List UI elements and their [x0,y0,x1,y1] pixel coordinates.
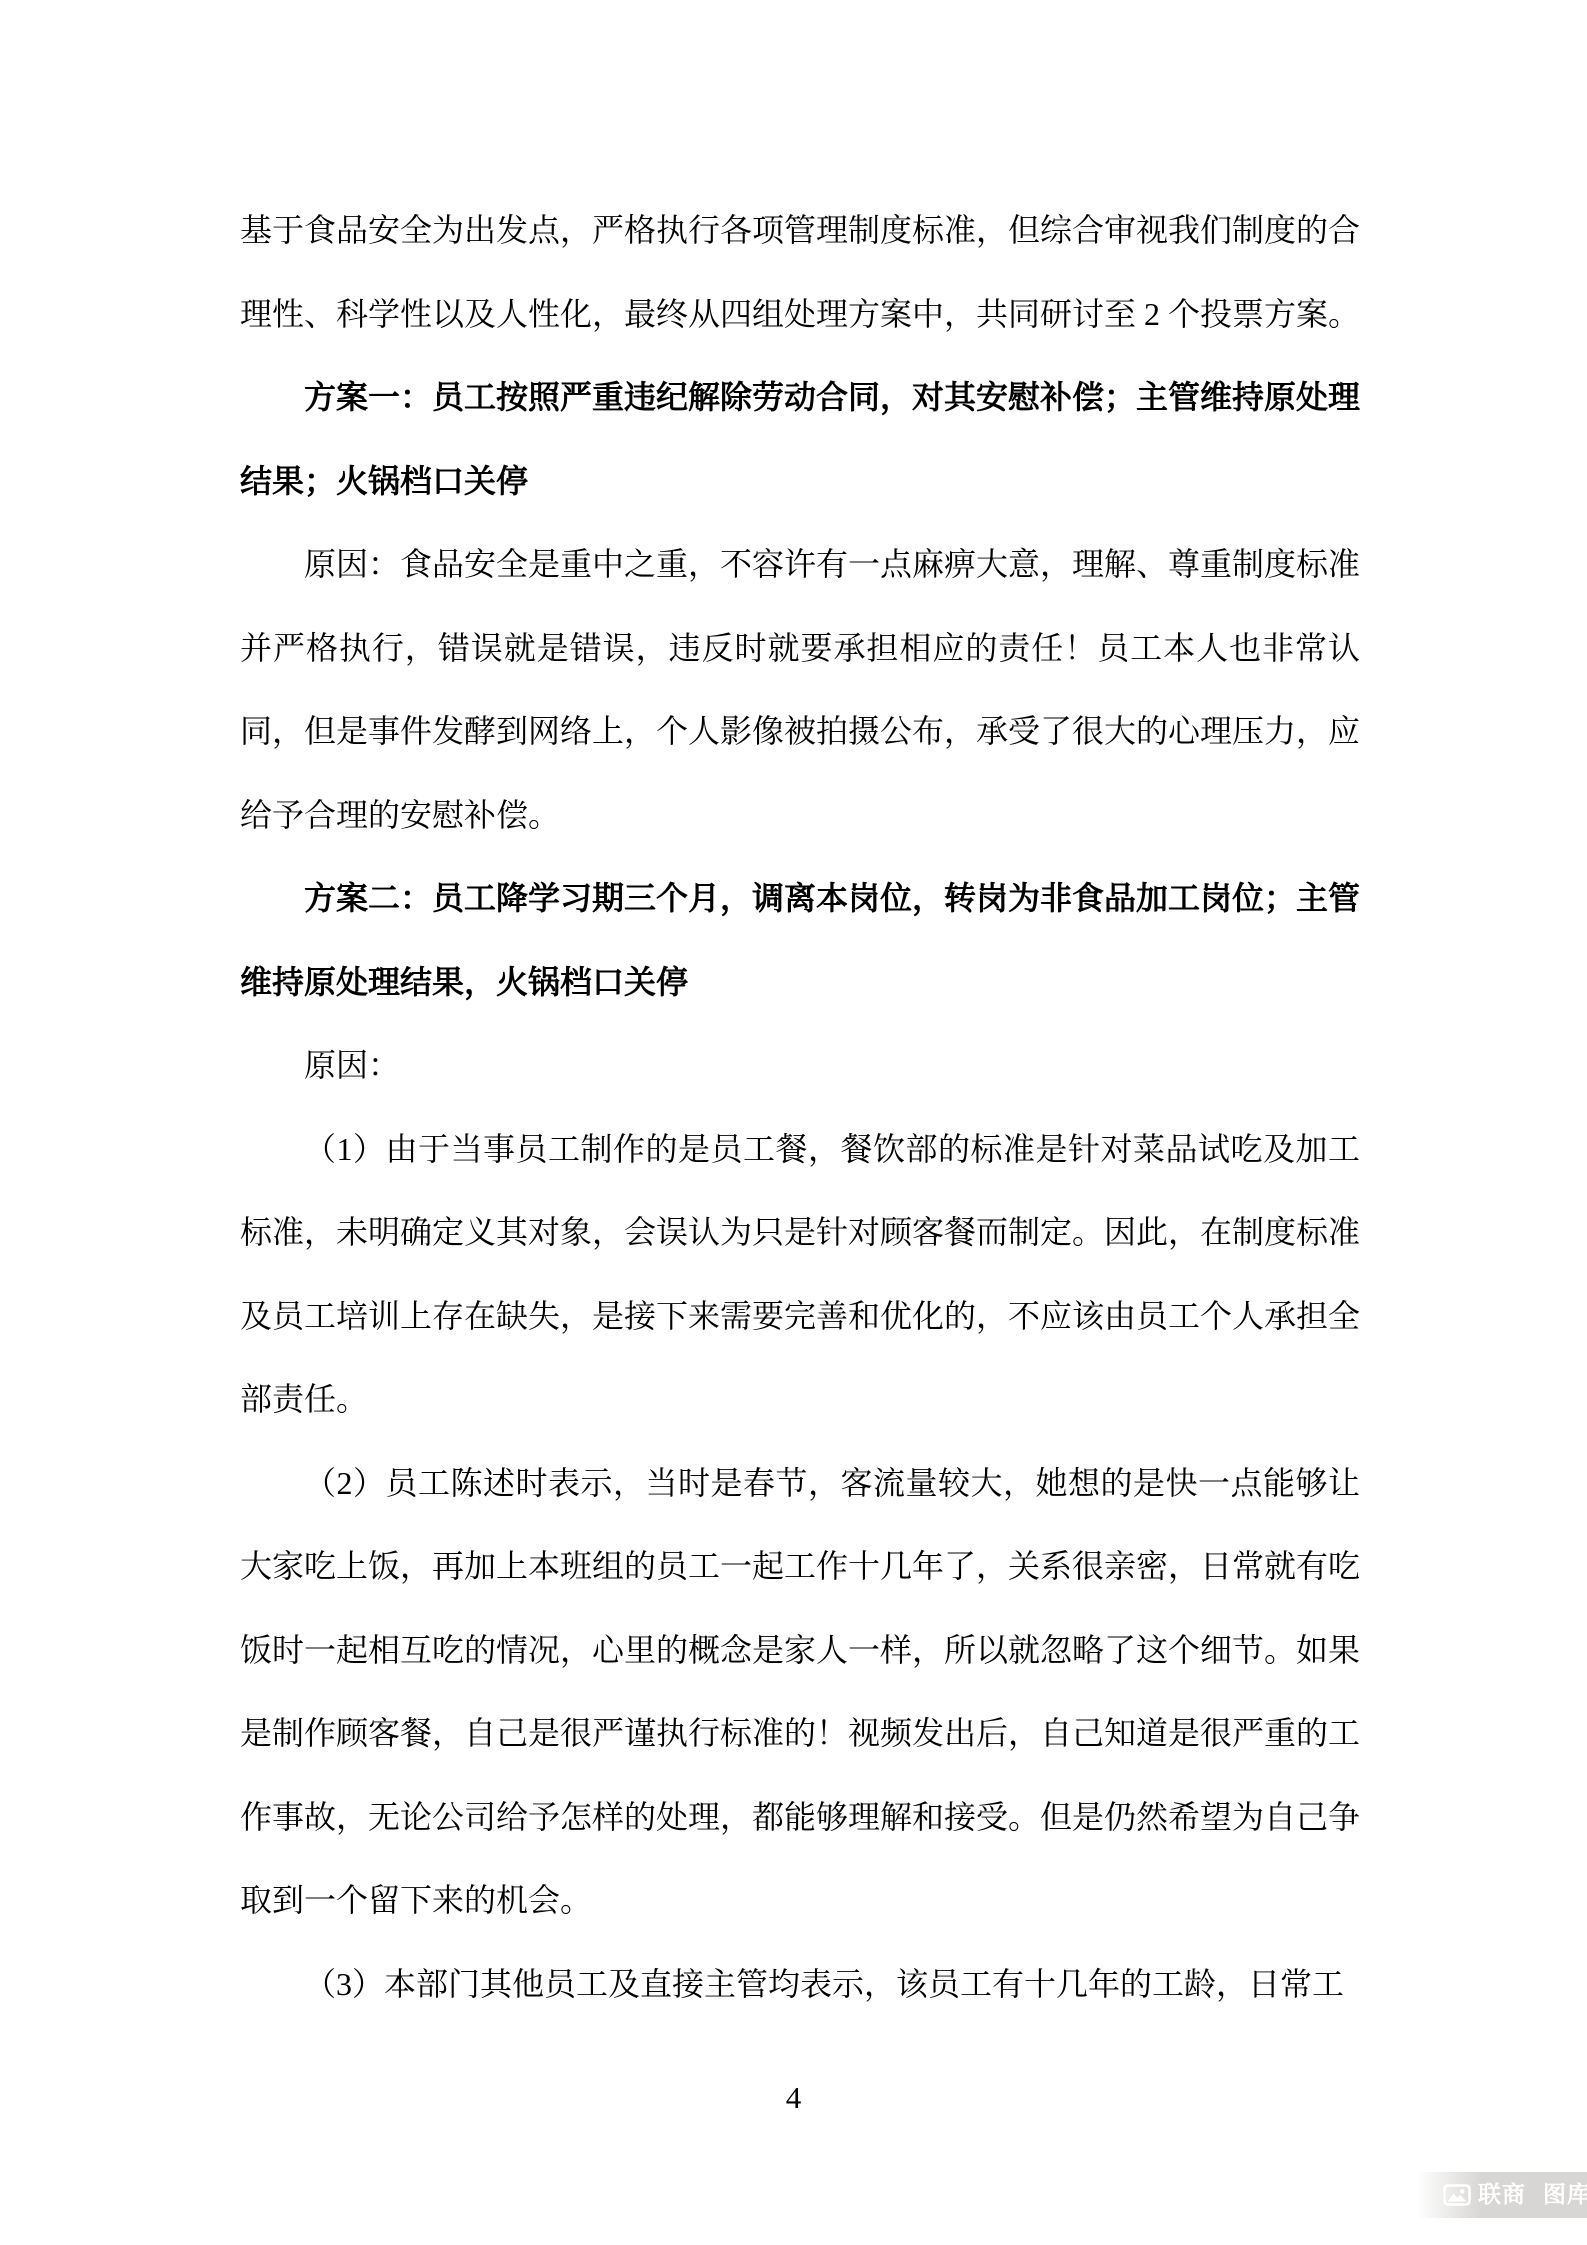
watermark: 联商 图库 [1417,2172,1587,2218]
watermark-library-label: 图库 [1543,2172,1587,2218]
page-number: 4 [0,2078,1587,2118]
paragraph: 原因：食品安全是重中之重，不容许有一点麻痹大意，理解、尊重制度标准并严格执行，错… [240,523,1360,857]
paragraph: 方案二：员工降学习期三个月，调离本岗位，转岗为非食品加工岗位；主管维持原处理结果… [240,857,1360,1024]
document-page: 基于食品安全为出发点，严格执行各项管理制度标准，但综合审视我们制度的合理性、科学… [0,0,1587,2245]
paragraph: （1）由于当事员工制作的是员工餐，餐饮部的标准是针对菜品试吃及加工标准，未明确定… [240,1108,1360,1442]
paragraph: （3）本部门其他员工及直接主管均表示，该员工有十几年的工龄，日常工 [240,1943,1360,2027]
paragraph: 方案一：员工按照严重违纪解除劳动合同，对其安慰补偿；主管维持原处理结果；火锅档口… [240,356,1360,523]
image-icon [1443,2184,1471,2206]
paragraph: 基于食品安全为出发点，严格执行各项管理制度标准，但综合审视我们制度的合理性、科学… [240,189,1360,356]
document-body: 基于食品安全为出发点，严格执行各项管理制度标准，但综合审视我们制度的合理性、科学… [240,189,1360,2026]
paragraph: 原因： [240,1024,1360,1108]
paragraph: （2）员工陈述时表示，当时是春节，客流量较大，她想的是快一点能够让大家吃上饭，再… [240,1442,1360,1943]
watermark-site-name: 联商 [1478,2172,1526,2218]
